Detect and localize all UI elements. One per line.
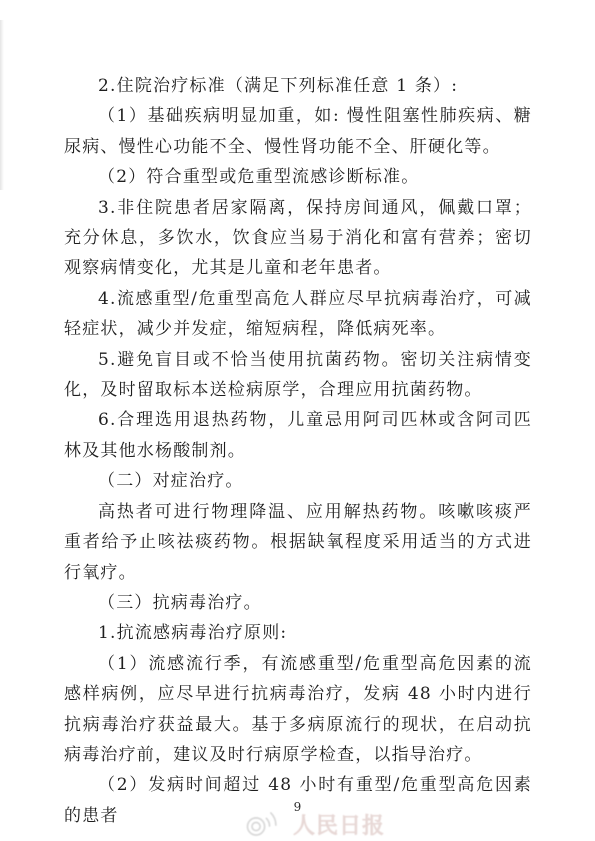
paragraph: （1）流感流行季，有流感重型/危重型高危因素的流感样病例，应尽早进行抗病毒治疗，… — [64, 649, 532, 771]
paragraph: （2）符合重型或危重型流感诊断标准。 — [64, 162, 532, 192]
watermark-label: 人民日报 — [293, 809, 385, 840]
paragraph: 6.合理选用退热药物，儿童忌用阿司匹林或含阿司匹林及其他水杨酸制剂。 — [64, 405, 532, 466]
paragraph: 4.流感重型/危重型高危人群应尽早抗病毒治疗，可减轻症状，减少并发症，缩短病程，… — [64, 284, 532, 345]
paragraph: （1）基础疾病明显加重，如: 慢性阻塞性肺疾病、糖尿病、慢性心功能不全、慢性肾功… — [64, 101, 532, 162]
paragraph: 高热者可进行物理降温、应用解热药物。咳嗽咳痰严重者给予止咳祛痰药物。根据缺氧程度… — [64, 497, 532, 588]
paragraph: 1.抗流感病毒治疗原则: — [64, 618, 532, 648]
section-heading: （三）抗病毒治疗。 — [64, 588, 532, 618]
paragraph: 2.住院治疗标准（满足下列标准任意 1 条）: — [64, 71, 532, 101]
paragraph: 3.非住院患者居家隔离，保持房间通风，佩戴口罩；充分休息，多饮水，饮食应当易于消… — [64, 193, 532, 284]
document-page: 2.住院治疗标准（满足下列标准任意 1 条）: （1）基础疾病明显加重，如: 慢… — [0, 0, 595, 841]
section-heading: （二）对症治疗。 — [64, 466, 532, 496]
watermark: 人民日报 — [243, 806, 385, 841]
paragraph: 5.避免盲目或不恰当使用抗菌药物。密切关注病情变化，及时留取标本送检病原学，合理… — [64, 345, 532, 406]
scan-edge-artifact — [0, 20, 4, 190]
weibo-logo-icon — [243, 806, 279, 841]
document-body: 2.住院治疗标准（满足下列标准任意 1 条）: （1）基础疾病明显加重，如: 慢… — [64, 71, 532, 831]
